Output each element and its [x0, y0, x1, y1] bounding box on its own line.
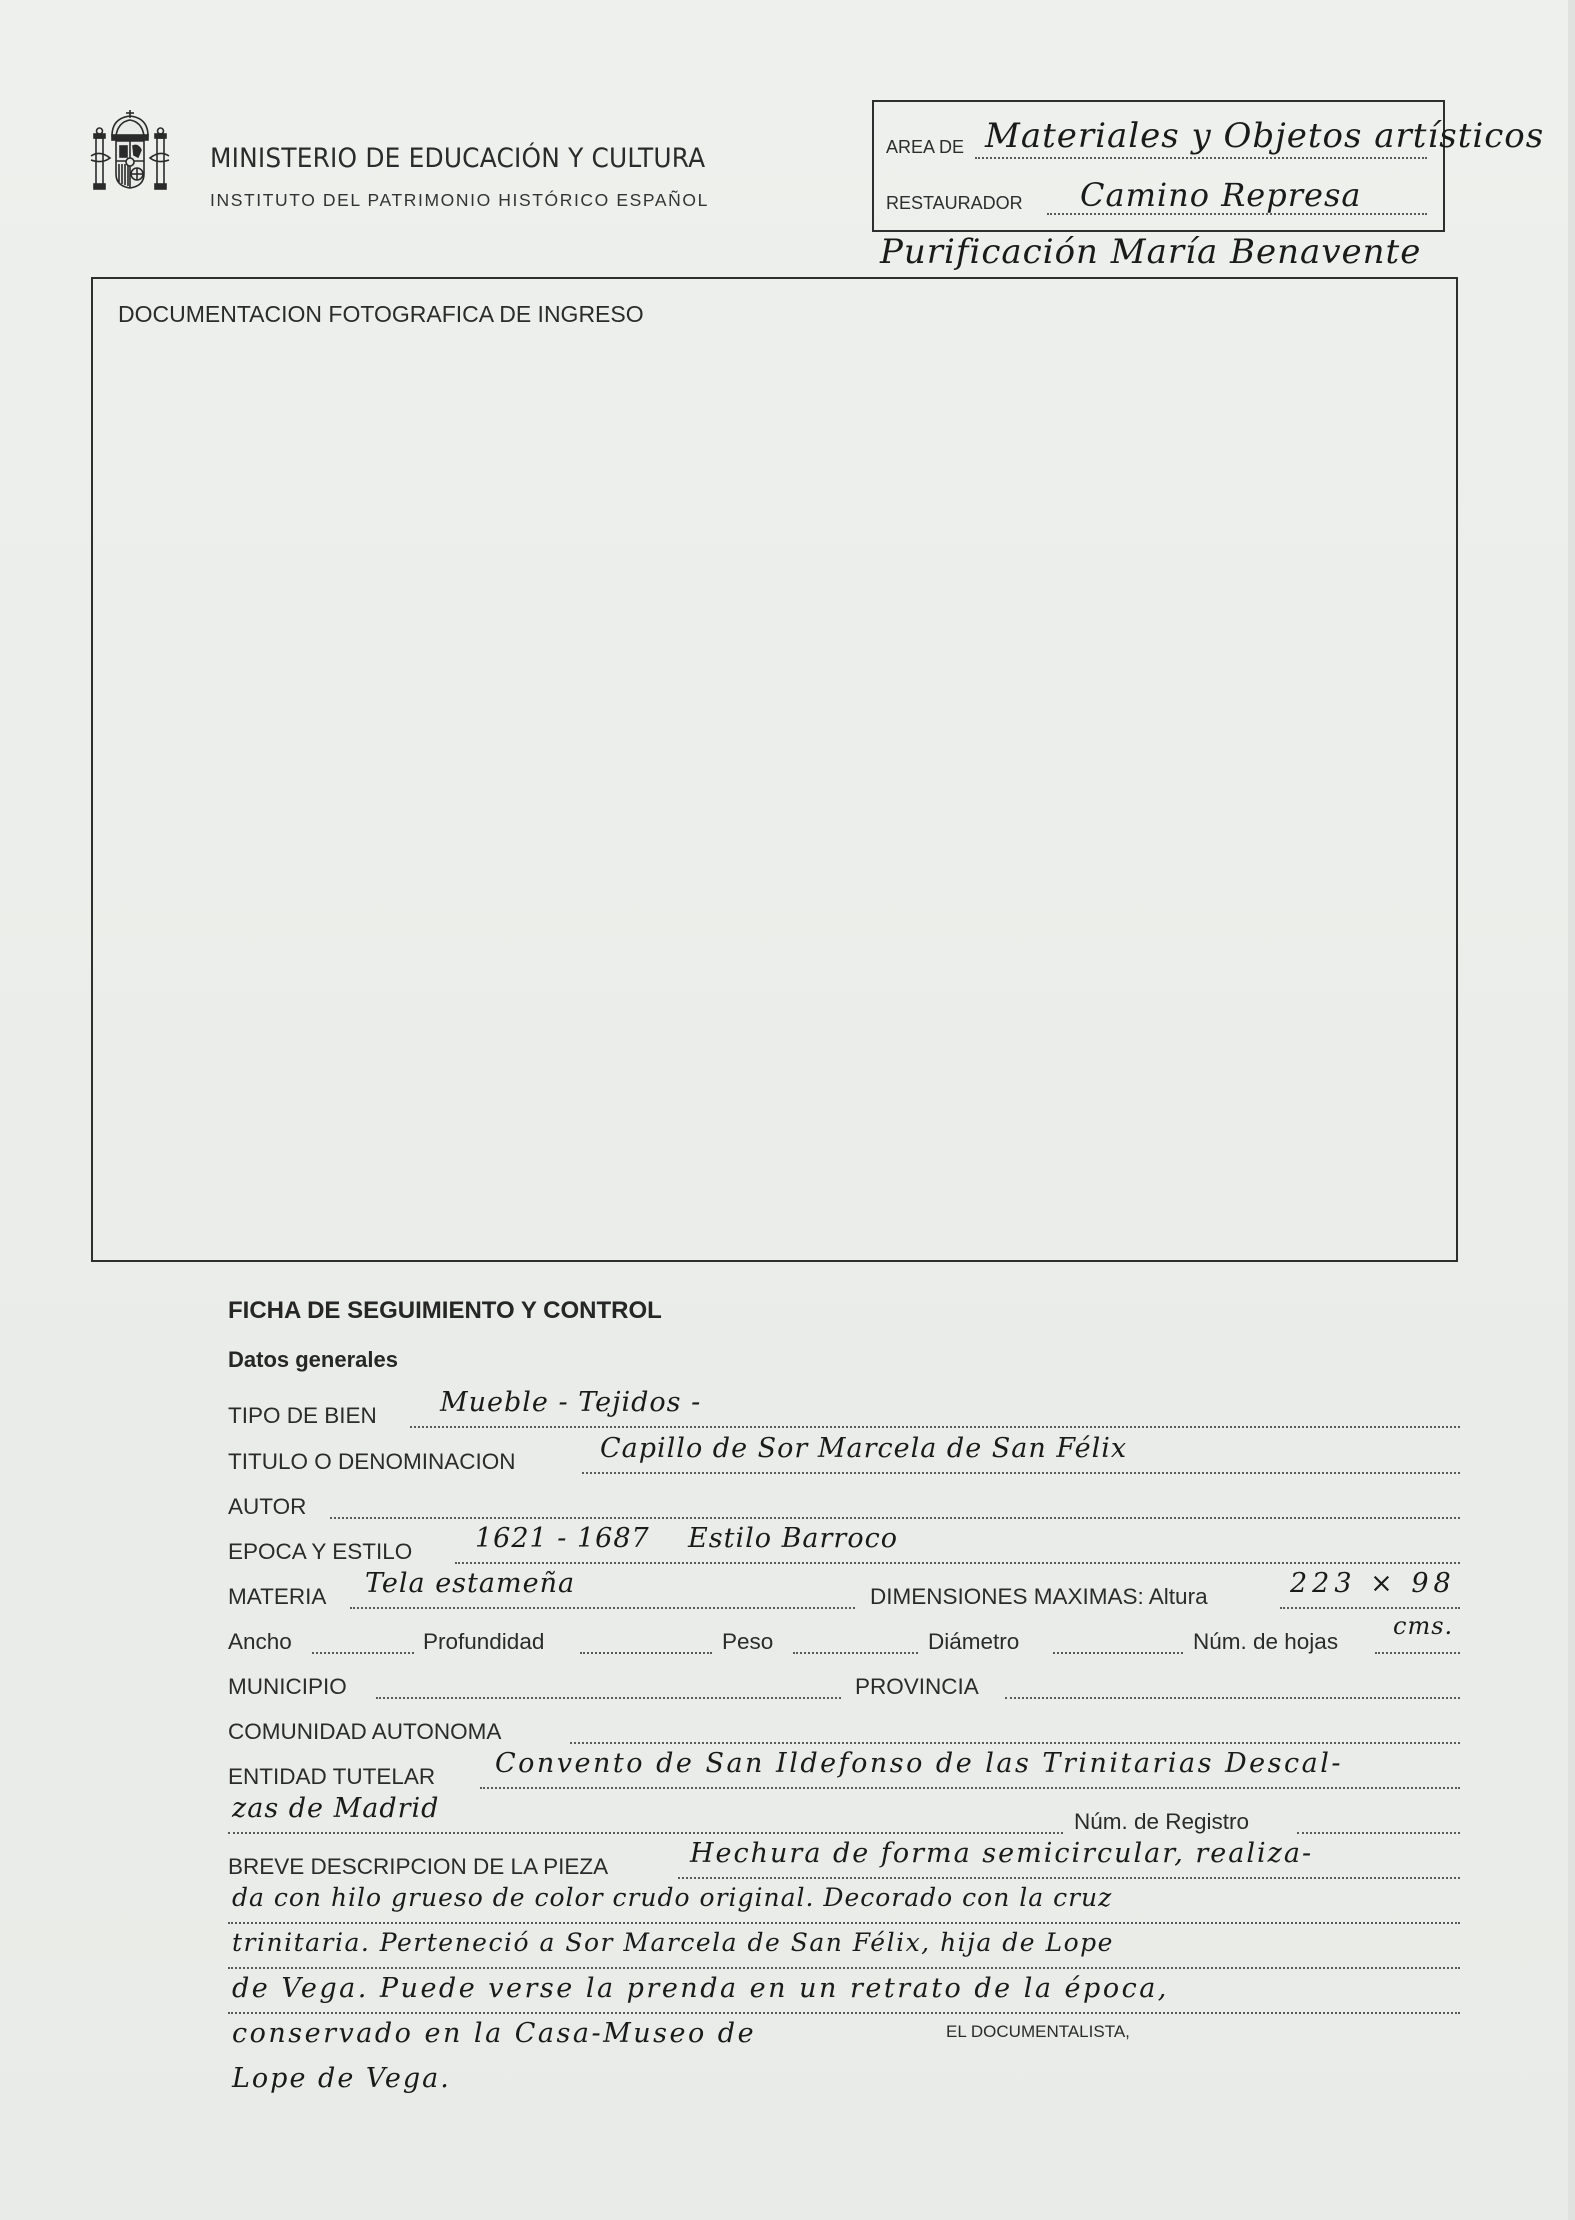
form-subtitle: Datos generales — [228, 1347, 398, 1373]
photo-section-title: DOCUMENTACION FOTOGRAFICA DE INGRESO — [118, 301, 644, 328]
epoca-line — [455, 1562, 1460, 1564]
entidad-line-2 — [228, 1832, 1063, 1834]
entidad-value-line-2[interactable]: zas de Madrid — [232, 1793, 439, 1824]
ministry-name: MINISTERIO DE EDUCACIÓN Y CULTURA — [210, 143, 705, 174]
form-title: FICHA DE SEGUIMIENTO Y CONTROL — [228, 1297, 662, 1325]
num-registro-label: Núm. de Registro — [1074, 1809, 1249, 1835]
provincia-label: PROVINCIA — [855, 1674, 979, 1700]
dimensiones-unit: cms. — [1393, 1612, 1453, 1640]
descripcion-label: BREVE DESCRIPCION DE LA PIEZA — [228, 1854, 608, 1880]
profundidad-line[interactable] — [580, 1652, 712, 1654]
ancho-line[interactable] — [312, 1652, 414, 1654]
descripcion-value-line-3[interactable]: trinitaria. Perteneció a Sor Marcela de … — [232, 1928, 1114, 1957]
restaurador-value-2[interactable]: Purificación María Benavente — [880, 232, 1421, 272]
dimensiones-line — [1280, 1607, 1460, 1609]
area-label: AREA DE — [886, 137, 964, 158]
descripcion-line-2 — [228, 1922, 1460, 1924]
titulo-value[interactable]: Capillo de Sor Marcela de San Félix — [600, 1433, 1127, 1464]
spanish-coat-of-arms-icon — [88, 106, 172, 196]
municipio-line[interactable] — [376, 1697, 841, 1699]
titulo-label: TITULO O DENOMINACION — [228, 1449, 516, 1475]
autor-label: AUTOR — [228, 1494, 306, 1520]
dimensiones-label: DIMENSIONES MAXIMAS: Altura — [870, 1584, 1208, 1610]
area-value[interactable]: Materiales y Objetos artísticos — [985, 116, 1544, 156]
autor-line[interactable] — [330, 1517, 1460, 1519]
descripcion-value-line-1[interactable]: Hechura de forma semicircular, realiza- — [690, 1838, 1313, 1869]
dimensiones-value[interactable]: 223 × 98 — [1290, 1568, 1456, 1599]
photo-documentation-box — [91, 277, 1458, 1262]
tipo-de-bien-value[interactable]: Mueble - Tejidos - — [440, 1387, 701, 1418]
descripcion-value-line-6[interactable]: Lope de Vega. — [232, 2063, 451, 2094]
entidad-label: ENTIDAD TUTELAR — [228, 1764, 435, 1790]
descripcion-value-line-2[interactable]: da con hilo grueso de color crudo origin… — [232, 1883, 1112, 1912]
provincia-line[interactable] — [1005, 1697, 1460, 1699]
descripcion-value-line-4[interactable]: de Vega. Puede verse la prenda en un ret… — [232, 1973, 1169, 2004]
descripcion-line-1 — [678, 1877, 1460, 1879]
restaurador-value[interactable]: Camino Represa — [1080, 176, 1361, 214]
entidad-line-1 — [480, 1787, 1460, 1789]
municipio-label: MUNICIPIO — [228, 1674, 347, 1700]
institute-name: INSTITUTO DEL PATRIMONIO HISTÓRICO ESPAÑ… — [210, 190, 709, 211]
restaurador-label: RESTAURADOR — [886, 193, 1023, 214]
num-registro-line[interactable] — [1297, 1832, 1460, 1834]
comunidad-line[interactable] — [570, 1742, 1460, 1744]
materia-value[interactable]: Tela estameña — [365, 1568, 575, 1599]
descripcion-line-3 — [228, 1967, 1460, 1969]
materia-line — [350, 1607, 855, 1609]
entidad-value-line-1[interactable]: Convento de San Ildefonso de las Trinita… — [495, 1748, 1343, 1779]
comunidad-label: COMUNIDAD AUTONOMA — [228, 1719, 501, 1745]
descripcion-line-4 — [228, 2012, 1460, 2014]
epoca-value[interactable]: 1621 - 1687 Estilo Barroco — [475, 1523, 898, 1554]
titulo-line — [582, 1472, 1460, 1474]
tipo-de-bien-line — [410, 1426, 1460, 1428]
num-hojas-line[interactable] — [1375, 1652, 1460, 1654]
peso-label: Peso — [722, 1629, 773, 1655]
profundidad-label: Profundidad — [423, 1629, 544, 1655]
ancho-label: Ancho — [228, 1629, 292, 1655]
descripcion-value-line-5[interactable]: conservado en la Casa-Museo de — [232, 2018, 756, 2049]
epoca-label: EPOCA Y ESTILO — [228, 1539, 412, 1565]
materia-label: MATERIA — [228, 1584, 326, 1610]
scan-edge — [1568, 0, 1575, 2220]
diametro-label: Diámetro — [928, 1629, 1019, 1655]
peso-line[interactable] — [793, 1652, 918, 1654]
documentalista-label: EL DOCUMENTALISTA, — [946, 2022, 1130, 2042]
tipo-de-bien-label: TIPO DE BIEN — [228, 1403, 377, 1429]
num-hojas-label: Núm. de hojas — [1193, 1629, 1338, 1655]
diametro-line[interactable] — [1053, 1652, 1183, 1654]
area-field-line — [975, 157, 1427, 159]
